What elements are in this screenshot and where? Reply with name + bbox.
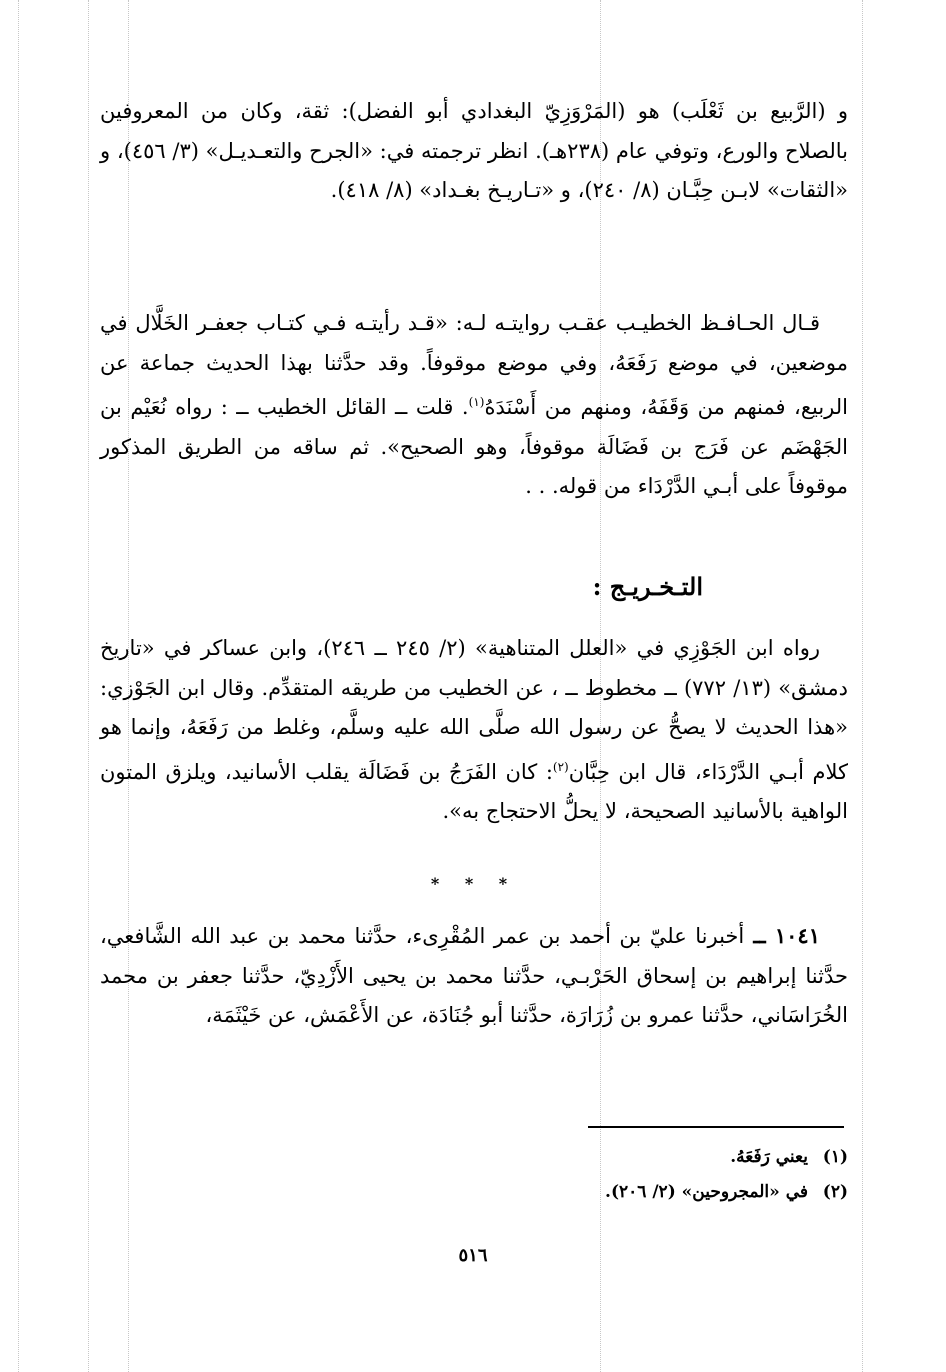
footnote-ref-1[interactable]: (١): [469, 395, 485, 409]
footnote-ref-2[interactable]: (٢): [553, 760, 569, 774]
footnote-text: في «المجروحين» (٢/ ٢٠٦).: [605, 1182, 808, 1202]
footnote-2: (٢)في «المجروحين» (٢/ ٢٠٦).: [448, 1175, 848, 1210]
footnote-divider: [588, 1126, 844, 1128]
scan-guide-line: [862, 0, 863, 1372]
page-number: ٥١٦: [0, 1245, 946, 1266]
hadith-paragraph: ١٠٤١ ــ أخبرنا عليّ بن أحمد بن عمر المُق…: [100, 916, 848, 1036]
hadith-dash: ــ: [744, 923, 775, 948]
section-separator: * * *: [100, 874, 848, 893]
hadith-number: ١٠٤١: [775, 923, 820, 948]
footnote-1: (١)يعني رَفَعَهُ.: [448, 1140, 848, 1175]
section-heading-takhrij: التـخـريـج :: [593, 572, 703, 601]
footnote-marker: (٢): [808, 1175, 848, 1210]
narrator-note-paragraph: و (الرَّبيع بن ثَعْلَب) هو (المَرْوَزِيّ…: [100, 92, 848, 211]
footnote-marker: (١): [808, 1140, 848, 1175]
hadith-isnad: أخبرنا عليّ بن أحمد بن عمر المُقْرِىء، ح…: [100, 924, 848, 1027]
footnotes: (١)يعني رَفَعَهُ. (٢)في «المجروحين» (٢/ …: [448, 1140, 848, 1210]
takhrij-paragraph: رواه ابن الجَوْزِي في «العلل المتناهية» …: [100, 629, 848, 832]
khatib-quote-paragraph: قـال الحـافـظ الخطيـب عقـب روايتـه لـه: …: [100, 304, 848, 507]
footnote-text: يعني رَفَعَهُ.: [730, 1147, 808, 1167]
scan-guide-line: [18, 0, 19, 1372]
scan-guide-line: [88, 0, 89, 1372]
